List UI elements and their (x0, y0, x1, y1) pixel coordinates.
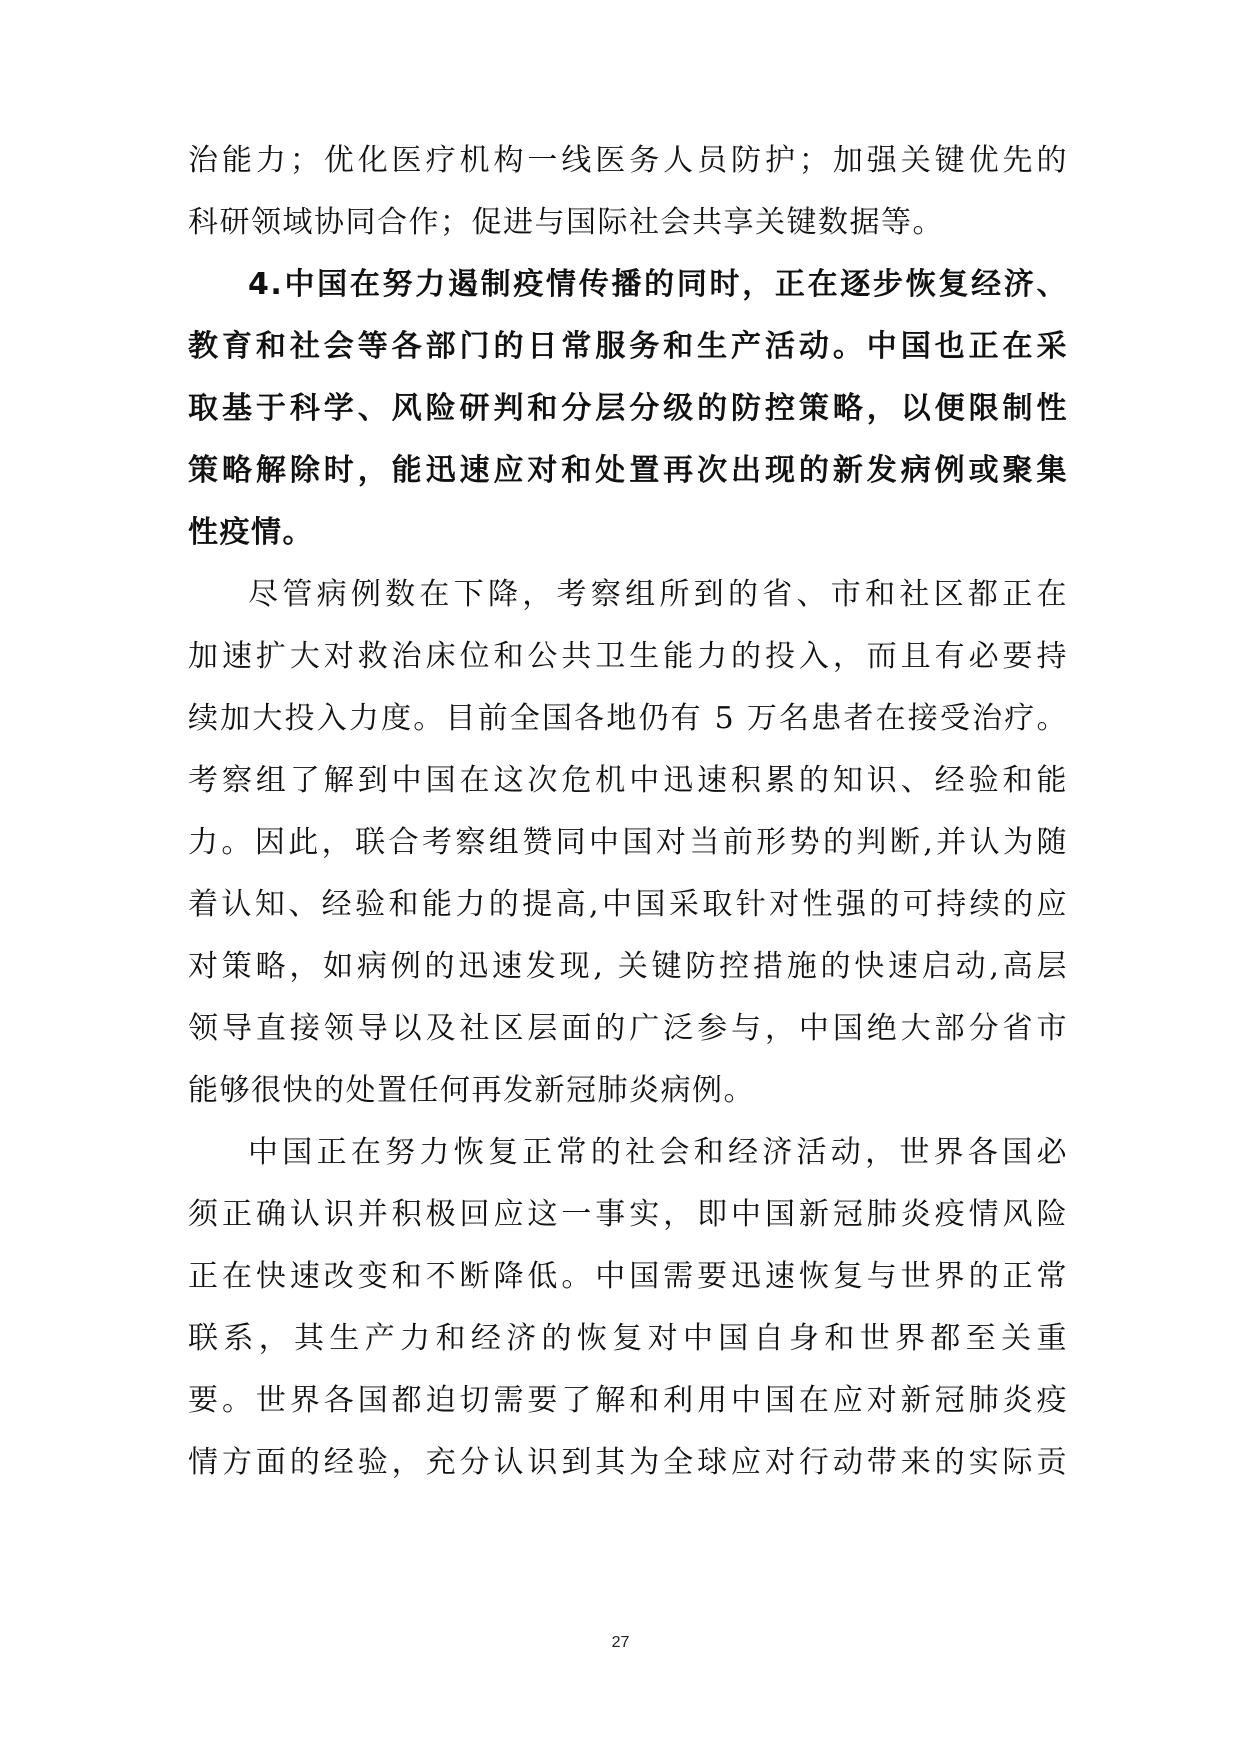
page-number: 27 (0, 1634, 1241, 1652)
text-line: 治能力；优化医疗机构一线医务人员防护；加强关键优先的 (188, 130, 1068, 192)
text-line: 着认知、经验和能力的提高,中国采取针对性强的可持续的应 (188, 874, 1068, 936)
document-page: 治能力；优化医疗机构一线医务人员防护；加强关键优先的 科研领域协同合作；促进与国… (0, 0, 1241, 1754)
section-heading-line: 取基于科学、风险研判和分层分级的防控策略，以便限制性 (188, 378, 1068, 440)
text-line: 力。因此，联合考察组赞同中国对当前形势的判断,并认为随 (188, 812, 1068, 874)
text-line: 续加大投入力度。目前全国各地仍有 5 万名患者在接受治疗。 (188, 688, 1068, 750)
text-line: 情方面的经验，充分认识到其为全球应对行动带来的实际贡 (188, 1432, 1068, 1494)
text-line: 对策略，如病例的迅速发现, 关键防控措施的快速启动,高层 (188, 936, 1068, 998)
section-heading-line: 性疫情。 (188, 502, 1068, 564)
section-heading-line: 教育和社会等各部门的日常服务和生产活动。中国也正在采 (188, 316, 1068, 378)
section-heading-line: 4.中国在努力遏制疫情传播的同时，正在逐步恢复经济、 (188, 254, 1068, 316)
text-line: 须正确认识并积极回应这一事实，即中国新冠肺炎疫情风险 (188, 1184, 1068, 1246)
text-line: 正在快速改变和不断降低。中国需要迅速恢复与世界的正常 (188, 1246, 1068, 1308)
text-line: 中国正在努力恢复正常的社会和经济活动，世界各国必 (188, 1122, 1068, 1184)
text-line: 科研领域协同合作；促进与国际社会共享关键数据等。 (188, 192, 1068, 254)
text-line: 领导直接领导以及社区层面的广泛参与，中国绝大部分省市 (188, 998, 1068, 1060)
text-line: 能够很快的处置任何再发新冠肺炎病例。 (188, 1060, 1068, 1122)
text-line: 加速扩大对救治床位和公共卫生能力的投入，而且有必要持 (188, 626, 1068, 688)
text-line: 尽管病例数在下降，考察组所到的省、市和社区都正在 (188, 564, 1068, 626)
text-line: 要。世界各国都迫切需要了解和利用中国在应对新冠肺炎疫 (188, 1370, 1068, 1432)
text-line: 联系，其生产力和经济的恢复对中国自身和世界都至关重 (188, 1308, 1068, 1370)
section-heading-line: 策略解除时，能迅速应对和处置再次出现的新发病例或聚集 (188, 440, 1068, 502)
text-line: 考察组了解到中国在这次危机中迅速积累的知识、经验和能 (188, 750, 1068, 812)
